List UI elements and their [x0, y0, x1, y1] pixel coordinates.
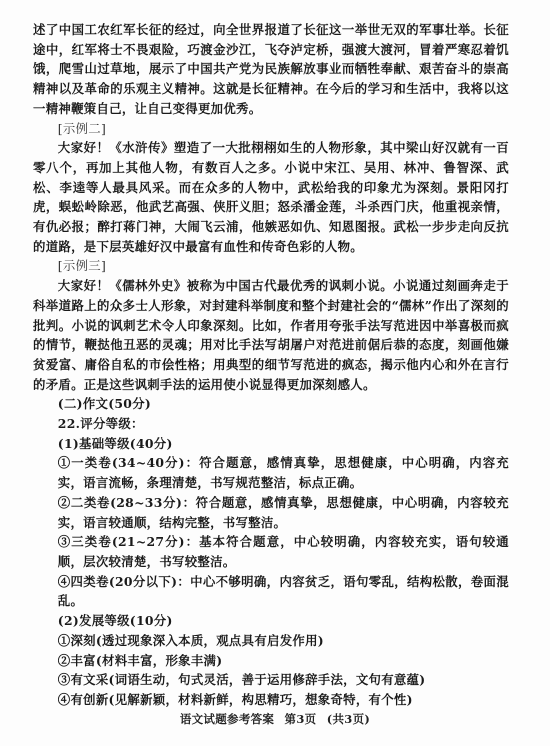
basic-level-heading: (1)基础等级(40分) [33, 434, 509, 454]
footer-total-pages: (共3页) [327, 712, 370, 726]
page-footer: 语文试题参考答案 第3页 (共3页) [0, 711, 550, 727]
essay-section-heading: (二)作文(50分) [33, 394, 509, 414]
footer-title: 语文试题参考答案 [180, 712, 274, 726]
development-level-item-2: ②丰富(材料丰富，形象丰满) [33, 651, 509, 671]
document-page: 述了中国工农红军长征的经过，向全世界报道了长征这一举世无双的军事壮举。长征途中，… [0, 0, 550, 746]
example-3-text: 大家好！《儒林外史》被称为中国古代最优秀的讽刺小说。小说通过刻画奔走于科举道路上… [33, 276, 509, 394]
example-3-label: [示例三] [33, 256, 509, 276]
basic-level-item-1: ①一类卷(34~40分)：符合题意，感情真挚，思想健康，中心明确，内容充实，语言… [33, 453, 509, 492]
question-22-heading: 22.评分等级： [33, 414, 509, 434]
basic-level-item-2: ②二类卷(28~33分)：符合题意，感情真挚，思想健康，中心明确，内容较充实，语… [33, 493, 509, 532]
development-level-item-4: ④有创新(见解新颖，材料新鲜，构思精巧，想象奇特，有个性) [33, 690, 509, 710]
example-2-text: 大家好！《水浒传》塑造了一大批栩栩如生的人物形象，其中梁山好汉就有一百零八个，再… [33, 138, 509, 256]
answer-key-body: 述了中国工农红军长征的经过，向全世界报道了长征这一举世无双的军事壮举。长征途中，… [33, 20, 509, 710]
development-level-item-1: ①深刻(透过现象深入本质，观点具有启发作用) [33, 631, 509, 651]
development-level-heading: (2)发展等级(10分) [33, 611, 509, 631]
basic-level-item-4: ④四类卷(20分以下)：中心不够明确，内容贫乏，语句零乱，结构松散，卷面混乱。 [33, 572, 509, 611]
development-level-item-3: ③有文采(词语生动，句式灵活，善于运用修辞手法，文句有意蕴) [33, 670, 509, 690]
continuation-paragraph: 述了中国工农红军长征的经过，向全世界报道了长征这一举世无双的军事壮举。长征途中，… [33, 20, 509, 119]
basic-level-item-3: ③三类卷(21~27分)：基本符合题意，中心较明确，内容较充实，语句较通顺，层次… [33, 532, 509, 571]
footer-page-number: 第3页 [285, 712, 317, 726]
example-2-label: [示例二] [33, 119, 509, 139]
